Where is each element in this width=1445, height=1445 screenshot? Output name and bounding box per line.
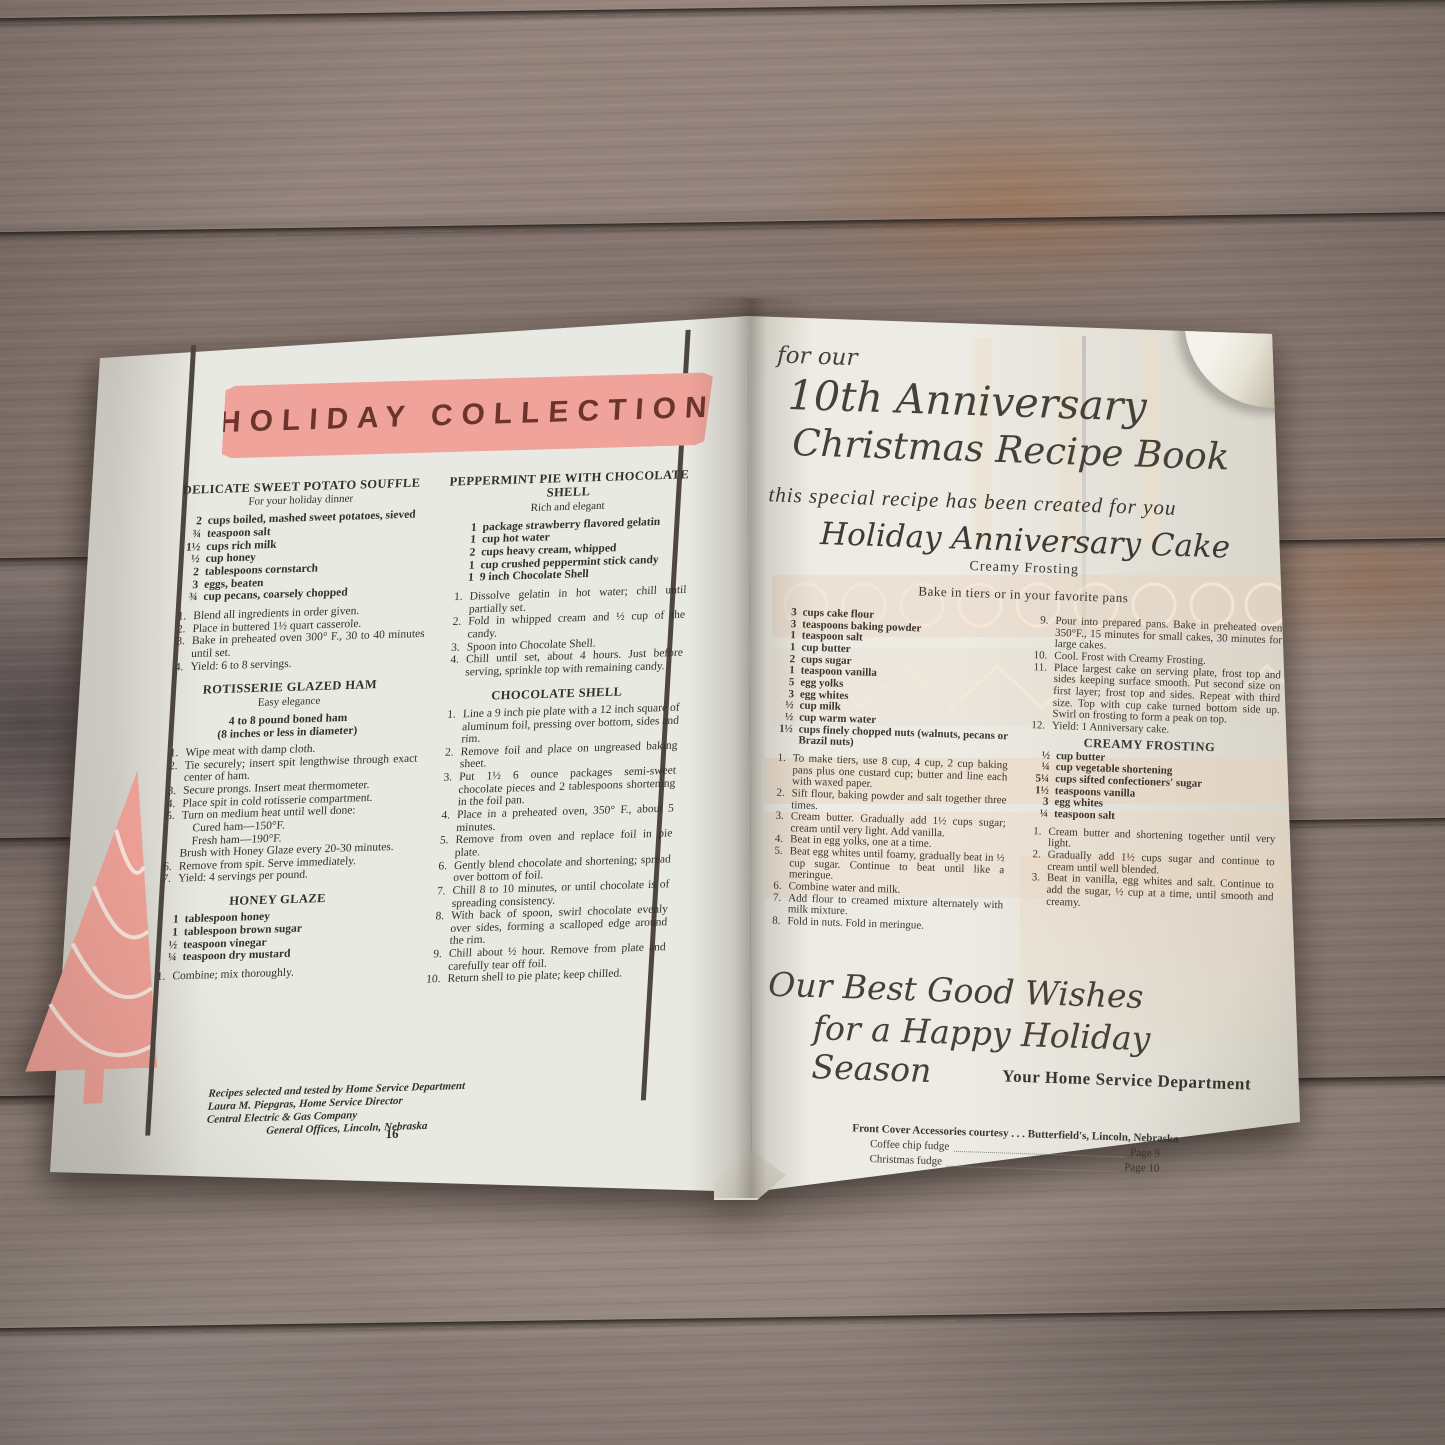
step-number: 5. [758, 845, 790, 881]
step-list: 9. Pour into prepared pans. Bake in preh… [1021, 615, 1283, 740]
ingredient-quantity: ¾ [163, 591, 204, 605]
step-text: Chill until set, about 4 hours. Just bef… [465, 647, 683, 679]
step-list: 1. Combine; mix thoroughly. [141, 963, 405, 984]
step-number: 11. [1021, 661, 1054, 720]
right-page-footer: Front Cover Accessories courtesy . . . B… [794, 1120, 1235, 1179]
ingredient-list: 2 cups boiled, mashed sweet potatoes, si… [163, 509, 432, 605]
step-list: 1. Dissolve gelatin in hot water; chill … [434, 584, 687, 680]
step-number: 9. [417, 948, 449, 974]
step-number: 9. [1024, 615, 1056, 651]
right-page-column-1: 3 cups cake flour 3 teaspoons baking pow… [756, 606, 1013, 937]
step-number: 3. [1015, 872, 1047, 908]
step-number: 1. [141, 970, 173, 984]
step-number: 4. [434, 654, 466, 680]
step-number: 7. [147, 873, 179, 887]
step-number: 4. [151, 797, 183, 811]
right-page-content: for our 10th Anniversary Christmas Recip… [734, 330, 1302, 1195]
ingredient-quantity: ¼ [142, 952, 183, 966]
step-number: 4. [159, 661, 191, 675]
step-list: 1. Blend all ingredients in order given.… [159, 603, 426, 674]
ingredient-quantity: 1 [439, 572, 480, 586]
step-list: 1. To make tiers, use 8 cup, 4 cup, 2 cu… [756, 752, 1008, 935]
ingredient-list: 1 package strawberry flavored gelatin 1 … [439, 515, 690, 586]
step-number: 2. [429, 746, 461, 772]
ingredient-quantity: 1½ [762, 723, 799, 747]
step-text: Beat in vanilla, egg whites and salt. Co… [1046, 873, 1274, 915]
step-number: 4. [425, 809, 457, 835]
step-number: 1. [154, 747, 186, 761]
step-number: 5. [149, 810, 182, 849]
step-number: 1. [162, 610, 194, 624]
step-number: 2. [161, 623, 193, 637]
recipe-honey-glaze: HONEY GLAZE 1 tablespoon honey 1 tablesp… [141, 888, 410, 984]
ingredient-list: ½ cup butter ¼ cup vegetable shortening … [1018, 750, 1278, 828]
recipe-step: 3. Beat in vanilla, egg whites and salt.… [1015, 872, 1274, 916]
banner-title: HOLIDAY COLLECTION [218, 391, 717, 440]
left-page-credits: Recipes selected and tested by Home Serv… [206, 1077, 549, 1139]
step-number: 2. [760, 787, 792, 811]
recipe-peppermint-pie: PEPPERMINT PIE WITH CHOCOLATE SHELL Rich… [434, 467, 694, 680]
step-number: 2. [153, 760, 185, 786]
left-page-content: HOLIDAY COLLECTION DELICATE SWEET POTATO… [54, 332, 750, 1182]
recipe-rotisserie-glazed-ham: ROTISSERIE GLAZED HAM Easy elegance 4 to… [147, 676, 423, 887]
step-number: 3. [160, 635, 192, 661]
ingredient-quantity: ¼ [1018, 808, 1054, 821]
step-number: 3. [152, 785, 184, 799]
step-number: 8. [756, 915, 787, 928]
recipe-booklet: HOLIDAY COLLECTION DELICATE SWEET POTATO… [0, 0, 1445, 1445]
step-number: 12. [1021, 720, 1052, 733]
recipe-book-script-line: Christmas Recipe Book [792, 421, 1230, 478]
step-number: 6. [422, 860, 454, 886]
step-number: 1. [438, 591, 470, 617]
recipe-sweet-potato-souffle: DELICATE SWEET POTATO SOUFFLE For your h… [159, 475, 434, 674]
step-number: 8. [418, 910, 451, 949]
recipe-step: 1. Combine; mix thoroughly. [141, 963, 405, 984]
step-number: 7. [421, 885, 453, 911]
step-number: 1. [430, 708, 463, 747]
recipe-note: 4 to 8 pound boned ham(8 inches or less … [155, 709, 420, 744]
photo-scene: HOLIDAY COLLECTION DELICATE SWEET POTATO… [0, 0, 1445, 1445]
tagline: this special recipe has been created for… [768, 482, 1177, 521]
step-number: 3. [426, 771, 459, 810]
index-name: Christmas fudge [869, 1152, 942, 1169]
step-list: 1. Wipe meat with damp cloth. 2. Tie sec… [147, 740, 419, 887]
recipe-title: CHOCOLATE SHELL [433, 682, 682, 704]
holiday-collection-banner: HOLIDAY COLLECTION [221, 371, 713, 460]
index-page: Page 10 [1124, 1160, 1160, 1176]
step-list: 1. Line a 9 inch pie plate with a 12 inc… [416, 702, 680, 987]
step-number: 7. [757, 892, 789, 916]
ingredient-text: cups finely chopped nuts (walnuts, pecan… [798, 724, 1009, 754]
page-number: 16 [385, 1126, 399, 1142]
ingredient-list: 1 tablespoon honey 1 tablespoon brown su… [142, 907, 409, 966]
recipe-step: 11. Place largest cake on serving plate,… [1021, 661, 1281, 728]
left-page-column-2: PEPPERMINT PIE WITH CHOCOLATE SHELL Rich… [416, 467, 694, 989]
recipe-chocolate-shell: CHOCOLATE SHELL 1. Line a 9 inch pie pla… [416, 682, 681, 987]
ingredient-list: 3 cups cake flour 3 teaspoons baking pow… [762, 606, 1013, 754]
left-page-column-1: DELICATE SWEET POTATO SOUFFLE For your h… [141, 475, 434, 986]
step-number: 6. [147, 860, 179, 874]
step-number: 2. [436, 616, 468, 642]
step-number: 3. [435, 641, 467, 655]
step-number: 10. [416, 973, 448, 987]
index-page: Page 9 [1130, 1146, 1160, 1162]
step-number: 1. [1017, 826, 1049, 850]
step-number: 1. [761, 752, 793, 788]
intro-script-line: for our [777, 343, 858, 372]
step-number [148, 848, 180, 862]
step-number: 3. [759, 810, 791, 834]
step-text: Combine; mix thoroughly. [172, 963, 406, 983]
right-page-column-2: 9. Pour into prepared pans. Bake in preh… [1015, 615, 1283, 918]
step-text: Place largest cake on serving plate, fro… [1052, 662, 1281, 728]
step-number: 5. [423, 834, 455, 860]
step-list: 1. Cream butter and shortening together … [1015, 826, 1276, 916]
step-number: 2. [1016, 849, 1048, 873]
